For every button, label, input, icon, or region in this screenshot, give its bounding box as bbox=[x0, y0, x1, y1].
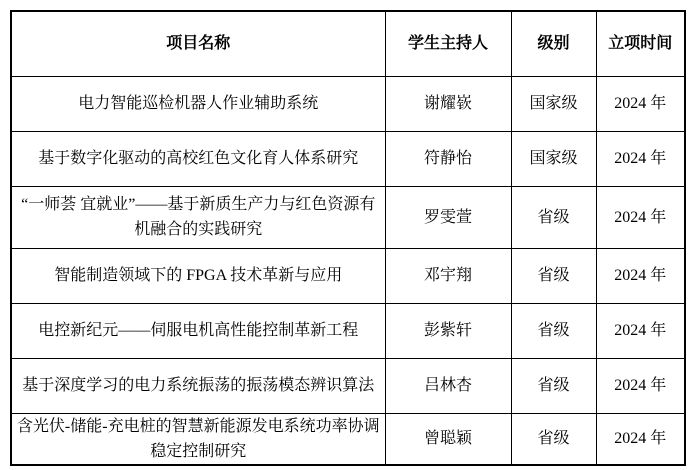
cell-approval-time: 2024 年 bbox=[596, 248, 685, 303]
cell-approval-time: 2024 年 bbox=[596, 303, 685, 358]
header-project-name: 项目名称 bbox=[11, 11, 385, 76]
cell-approval-time: 2024 年 bbox=[596, 76, 685, 131]
cell-approval-time: 2024 年 bbox=[596, 358, 685, 413]
cell-level: 省级 bbox=[511, 303, 596, 358]
cell-level: 国家级 bbox=[511, 76, 596, 131]
cell-approval-time: 2024 年 bbox=[596, 413, 685, 465]
cell-approval-time: 2024 年 bbox=[596, 186, 685, 248]
cell-level: 省级 bbox=[511, 413, 596, 465]
table-row: 基于深度学习的电力系统振荡的振荡模态辨识算法 吕林杏 省级 2024 年 bbox=[11, 358, 685, 413]
table-row: 基于数字化驱动的高校红色文化育人体系研究 符静怡 国家级 2024 年 bbox=[11, 131, 685, 186]
header-level: 级别 bbox=[511, 11, 596, 76]
cell-project-name: 电控新纪元——伺服电机高性能控制革新工程 bbox=[11, 303, 385, 358]
cell-project-name: 智能制造领域下的 FPGA 技术革新与应用 bbox=[11, 248, 385, 303]
table-row: 电力智能巡检机器人作业辅助系统 谢耀嵚 国家级 2024 年 bbox=[11, 76, 685, 131]
cell-student-leader: 邓宇翔 bbox=[385, 248, 511, 303]
cell-project-name: 基于深度学习的电力系统振荡的振荡模态辨识算法 bbox=[11, 358, 385, 413]
cell-student-leader: 谢耀嵚 bbox=[385, 76, 511, 131]
table-row: 电控新纪元——伺服电机高性能控制革新工程 彭紫轩 省级 2024 年 bbox=[11, 303, 685, 358]
cell-level: 省级 bbox=[511, 358, 596, 413]
cell-student-leader: 曾聪颖 bbox=[385, 413, 511, 465]
cell-level: 国家级 bbox=[511, 131, 596, 186]
cell-project-name: “一师荟 宜就业”——基于新质生产力与红色资源有机融合的实践研究 bbox=[11, 186, 385, 248]
table-row: 智能制造领域下的 FPGA 技术革新与应用 邓宇翔 省级 2024 年 bbox=[11, 248, 685, 303]
cell-project-name: 基于数字化驱动的高校红色文化育人体系研究 bbox=[11, 131, 385, 186]
header-approval-time: 立项时间 bbox=[596, 11, 685, 76]
cell-approval-time: 2024 年 bbox=[596, 131, 685, 186]
header-student-leader: 学生主持人 bbox=[385, 11, 511, 76]
table-row: “一师荟 宜就业”——基于新质生产力与红色资源有机融合的实践研究 罗雯萱 省级 … bbox=[11, 186, 685, 248]
table-row: 含光伏-储能-充电桩的智慧新能源发电系统功率协调稳定控制研究 曾聪颖 省级 20… bbox=[11, 413, 685, 465]
cell-project-name: 电力智能巡检机器人作业辅助系统 bbox=[11, 76, 385, 131]
cell-level: 省级 bbox=[511, 248, 596, 303]
table-header-row: 项目名称 学生主持人 级别 立项时间 bbox=[11, 11, 685, 76]
cell-project-name: 含光伏-储能-充电桩的智慧新能源发电系统功率协调稳定控制研究 bbox=[11, 413, 385, 465]
projects-table: 项目名称 学生主持人 级别 立项时间 电力智能巡检机器人作业辅助系统 谢耀嵚 国… bbox=[10, 10, 686, 466]
cell-student-leader: 罗雯萱 bbox=[385, 186, 511, 248]
cell-student-leader: 彭紫轩 bbox=[385, 303, 511, 358]
cell-level: 省级 bbox=[511, 186, 596, 248]
cell-student-leader: 符静怡 bbox=[385, 131, 511, 186]
cell-student-leader: 吕林杏 bbox=[385, 358, 511, 413]
